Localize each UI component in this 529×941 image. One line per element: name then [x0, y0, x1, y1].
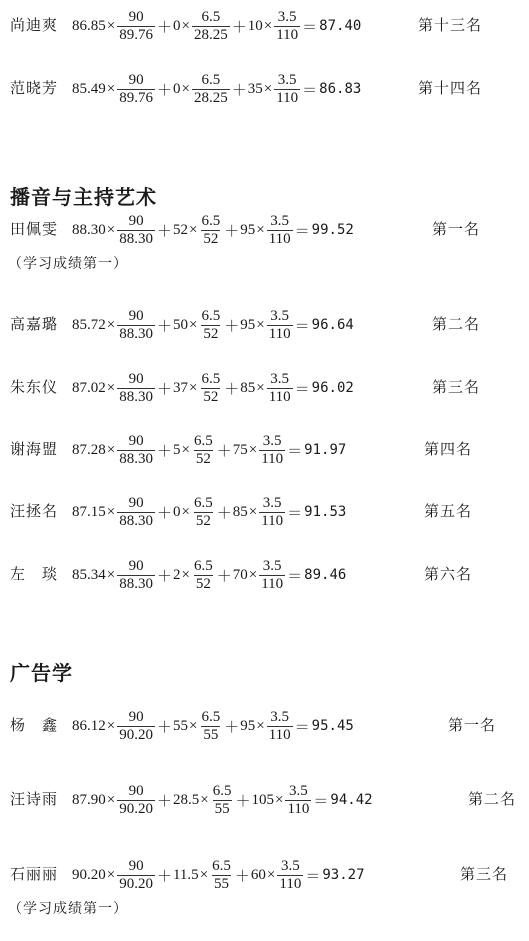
numerator: 3.5	[268, 709, 291, 726]
rank-label: 第三名	[432, 376, 480, 397]
times-sign: ×	[200, 867, 208, 884]
numerator: 6.5	[199, 709, 222, 726]
times-sign: ×	[249, 442, 257, 459]
equals-sign: ＝	[295, 378, 310, 399]
plus-sign: ＋	[232, 16, 247, 37]
fraction: 6.552	[192, 433, 215, 468]
times-sign: ×	[264, 18, 272, 35]
numerator: 6.5	[199, 72, 222, 89]
fraction: 3.5110	[267, 308, 293, 343]
fraction: 3.5110	[267, 709, 293, 744]
plus-sign: ＋	[232, 79, 247, 100]
score-row: 谢海盟 87.28× 9088.30 ＋5× 6.552 ＋75× 3.5110…	[0, 426, 529, 474]
equals-sign: ＝	[313, 790, 328, 811]
times-sign: ×	[256, 222, 264, 239]
activity-score: 52	[173, 222, 188, 239]
plus-sign: ＋	[157, 565, 172, 586]
score-formula: 85.34× 9088.30 ＋2× 6.552 ＋70× 3.5110 ＝89…	[72, 551, 346, 599]
total-score: 86.83	[319, 81, 361, 97]
score-formula: 86.12× 9090.20 ＋55× 6.555 ＋95× 3.5110 ＝9…	[72, 702, 354, 750]
equals-sign: ＝	[287, 440, 302, 461]
other-score: 95	[240, 718, 255, 735]
total-score: 91.53	[304, 504, 346, 520]
total-score: 96.02	[312, 380, 354, 396]
denominator: 110	[259, 450, 285, 468]
times-sign: ×	[189, 380, 197, 397]
numerator: 90	[127, 213, 146, 230]
score-formula: 87.15× 9088.30 ＋0× 6.552 ＋85× 3.5110 ＝91…	[72, 488, 346, 536]
denominator: 55	[213, 800, 232, 818]
activity-score: 0	[173, 18, 181, 35]
fraction: 6.552	[199, 308, 222, 343]
plus-sign: ＋	[157, 865, 172, 886]
plus-sign: ＋	[217, 565, 232, 586]
fraction: 9089.76	[117, 9, 155, 44]
academic-first-note: （学习成绩第一）	[8, 253, 128, 273]
times-sign: ×	[256, 380, 264, 397]
plus-sign: ＋	[217, 440, 232, 461]
denominator: 52	[194, 450, 213, 468]
student-name: 尚迪爽	[10, 14, 58, 35]
times-sign: ×	[107, 718, 115, 735]
denominator: 88.30	[117, 325, 155, 343]
rank-label: 第十三名	[418, 14, 482, 35]
score-formula: 87.28× 9088.30 ＋5× 6.552 ＋75× 3.5110 ＝91…	[72, 426, 346, 474]
numerator: 90	[127, 709, 146, 726]
numerator: 3.5	[261, 495, 284, 512]
times-sign: ×	[256, 317, 264, 334]
times-sign: ×	[181, 18, 189, 35]
other-score: 70	[233, 567, 248, 584]
plus-sign: ＋	[157, 716, 172, 737]
plus-sign: ＋	[157, 79, 172, 100]
academic-score: 87.28	[72, 442, 106, 459]
numerator: 3.5	[276, 72, 299, 89]
plus-sign: ＋	[157, 16, 172, 37]
plus-sign: ＋	[157, 315, 172, 336]
rank-label: 第五名	[424, 500, 472, 521]
fraction: 6.552	[192, 495, 215, 530]
times-sign: ×	[249, 504, 257, 521]
denominator: 110	[259, 575, 285, 593]
fraction: 6.528.25	[192, 9, 230, 44]
denominator: 52	[201, 230, 220, 248]
academic-score: 87.15	[72, 504, 106, 521]
rank-label: 第二名	[468, 788, 516, 809]
times-sign: ×	[107, 317, 115, 334]
academic-score: 86.85	[72, 18, 106, 35]
numerator: 6.5	[199, 371, 222, 388]
student-name: 汪诗雨	[10, 788, 58, 809]
equals-sign: ＝	[295, 220, 310, 241]
activity-score: 0	[173, 504, 181, 521]
student-name: 杨 鑫	[10, 714, 58, 735]
denominator: 52	[201, 388, 220, 406]
student-name: 田佩雯	[10, 218, 58, 239]
denominator: 88.30	[117, 388, 155, 406]
times-sign: ×	[267, 867, 275, 884]
fraction: 9088.30	[117, 308, 155, 343]
plus-sign: ＋	[157, 220, 172, 241]
times-sign: ×	[200, 792, 208, 809]
numerator: 3.5	[268, 213, 291, 230]
denominator: 52	[201, 325, 220, 343]
denominator: 88.30	[117, 512, 155, 530]
fraction: 3.5110	[285, 783, 311, 818]
total-score: 93.27	[322, 867, 364, 883]
fraction: 9090.20	[117, 709, 155, 744]
denominator: 90.20	[117, 800, 155, 818]
times-sign: ×	[107, 567, 115, 584]
plus-sign: ＋	[157, 378, 172, 399]
fraction: 3.5110	[259, 495, 285, 530]
score-row: 汪诗雨 87.90× 9090.20 ＋28.5× 6.555 ＋105× 3.…	[0, 776, 529, 824]
fraction: 3.5110	[267, 213, 293, 248]
fraction: 9089.76	[117, 72, 155, 107]
other-score: 85	[233, 504, 248, 521]
score-formula: 85.72× 9088.30 ＋50× 6.552 ＋95× 3.5110 ＝9…	[72, 301, 354, 349]
score-formula: 90.20× 9090.20 ＋11.5× 6.555 ＋60× 3.5110 …	[72, 851, 365, 899]
numerator: 6.5	[210, 858, 233, 875]
numerator: 3.5	[276, 9, 299, 26]
other-score: 95	[240, 317, 255, 334]
plus-sign: ＋	[157, 502, 172, 523]
times-sign: ×	[181, 81, 189, 98]
other-score: 35	[248, 81, 263, 98]
numerator: 3.5	[268, 371, 291, 388]
student-name: 高嘉璐	[10, 313, 58, 334]
total-score: 99.52	[312, 222, 354, 238]
numerator: 6.5	[192, 558, 215, 575]
times-sign: ×	[107, 222, 115, 239]
fraction: 6.555	[210, 858, 233, 893]
fraction: 6.552	[199, 213, 222, 248]
other-score: 10	[248, 18, 263, 35]
numerator: 6.5	[199, 213, 222, 230]
student-name: 朱东仪	[10, 376, 58, 397]
numerator: 3.5	[287, 783, 310, 800]
equals-sign: ＝	[302, 16, 317, 37]
academic-score: 90.20	[72, 867, 106, 884]
times-sign: ×	[107, 18, 115, 35]
times-sign: ×	[181, 504, 189, 521]
total-score: 96.64	[312, 317, 354, 333]
activity-score: 37	[173, 380, 188, 397]
numerator: 6.5	[192, 495, 215, 512]
numerator: 90	[127, 783, 146, 800]
times-sign: ×	[189, 718, 197, 735]
equals-sign: ＝	[305, 865, 320, 886]
plus-sign: ＋	[235, 790, 250, 811]
rank-label: 第二名	[432, 313, 480, 334]
activity-score: 5	[173, 442, 181, 459]
denominator: 52	[194, 575, 213, 593]
plus-sign: ＋	[224, 315, 239, 336]
numerator: 6.5	[199, 9, 222, 26]
fraction: 9088.30	[117, 495, 155, 530]
student-name: 石丽丽	[10, 863, 58, 884]
times-sign: ×	[189, 317, 197, 334]
score-row: 高嘉璐 85.72× 9088.30 ＋50× 6.552 ＋95× 3.511…	[0, 301, 529, 349]
numerator: 3.5	[261, 558, 284, 575]
times-sign: ×	[107, 442, 115, 459]
academic-score: 87.90	[72, 792, 106, 809]
other-score: 60	[251, 867, 266, 884]
plus-sign: ＋	[224, 716, 239, 737]
fraction: 3.5110	[274, 9, 300, 44]
fraction: 6.555	[211, 783, 234, 818]
numerator: 3.5	[279, 858, 302, 875]
activity-score: 28.5	[173, 792, 199, 809]
score-formula: 85.49× 9089.76 ＋0× 6.528.25 ＋35× 3.5110 …	[72, 65, 361, 113]
times-sign: ×	[107, 81, 115, 98]
score-formula: 88.30× 9088.30 ＋52× 6.552 ＋95× 3.5110 ＝9…	[72, 206, 354, 254]
other-score: 105	[251, 792, 274, 809]
denominator: 90.20	[117, 875, 155, 893]
total-score: 94.42	[330, 792, 372, 808]
denominator: 28.25	[192, 26, 230, 44]
times-sign: ×	[249, 567, 257, 584]
denominator: 88.30	[117, 575, 155, 593]
fraction: 9090.20	[117, 858, 155, 893]
denominator: 110	[267, 388, 293, 406]
plus-sign: ＋	[157, 440, 172, 461]
score-row: 左 琰 85.34× 9088.30 ＋2× 6.552 ＋70× 3.5110…	[0, 551, 529, 599]
times-sign: ×	[107, 380, 115, 397]
equals-sign: ＝	[295, 716, 310, 737]
score-formula: 87.90× 9090.20 ＋28.5× 6.555 ＋105× 3.5110…	[72, 776, 373, 824]
rank-label: 第十四名	[418, 77, 482, 98]
activity-score: 11.5	[173, 867, 199, 884]
times-sign: ×	[107, 792, 115, 809]
fraction: 6.528.25	[192, 72, 230, 107]
denominator: 55	[212, 875, 231, 893]
score-row: 杨 鑫 86.12× 9090.20 ＋55× 6.555 ＋95× 3.511…	[0, 702, 529, 750]
denominator: 110	[259, 512, 285, 530]
student-name: 范晓芳	[10, 77, 58, 98]
total-score: 91.97	[304, 442, 346, 458]
rank-label: 第一名	[448, 714, 496, 735]
fraction: 3.5110	[277, 858, 303, 893]
times-sign: ×	[264, 81, 272, 98]
fraction: 3.5110	[274, 72, 300, 107]
plus-sign: ＋	[157, 790, 172, 811]
denominator: 88.30	[117, 450, 155, 468]
times-sign: ×	[107, 504, 115, 521]
total-score: 87.40	[319, 18, 361, 34]
score-row: 田佩雯 88.30× 9088.30 ＋52× 6.552 ＋95× 3.511…	[0, 206, 529, 254]
score-row: 尚迪爽 86.85× 9089.76 ＋0× 6.528.25 ＋10× 3.5…	[0, 2, 529, 50]
numerator: 90	[127, 495, 146, 512]
fraction: 9088.30	[117, 558, 155, 593]
fraction: 6.555	[199, 709, 222, 744]
denominator: 28.25	[192, 89, 230, 107]
activity-score: 55	[173, 718, 188, 735]
equals-sign: ＝	[295, 315, 310, 336]
times-sign: ×	[181, 442, 189, 459]
numerator: 6.5	[211, 783, 234, 800]
denominator: 110	[277, 875, 303, 893]
student-name: 谢海盟	[10, 438, 58, 459]
denominator: 110	[267, 325, 293, 343]
numerator: 90	[127, 72, 146, 89]
fraction: 9088.30	[117, 433, 155, 468]
fraction: 9090.20	[117, 783, 155, 818]
academic-first-note: （学习成绩第一）	[8, 898, 128, 918]
total-score: 89.46	[304, 567, 346, 583]
numerator: 6.5	[192, 433, 215, 450]
activity-score: 2	[173, 567, 181, 584]
academic-score: 85.34	[72, 567, 106, 584]
other-score: 75	[233, 442, 248, 459]
denominator: 89.76	[117, 26, 155, 44]
numerator: 3.5	[261, 433, 284, 450]
plus-sign: ＋	[224, 378, 239, 399]
numerator: 90	[127, 308, 146, 325]
total-score: 95.45	[312, 718, 354, 734]
numerator: 90	[127, 371, 146, 388]
numerator: 6.5	[199, 308, 222, 325]
equals-sign: ＝	[287, 565, 302, 586]
denominator: 110	[267, 230, 293, 248]
denominator: 110	[274, 89, 300, 107]
fraction: 9088.30	[117, 213, 155, 248]
academic-score: 85.49	[72, 81, 106, 98]
plus-sign: ＋	[235, 865, 250, 886]
activity-score: 50	[173, 317, 188, 334]
academic-score: 85.72	[72, 317, 106, 334]
times-sign: ×	[181, 567, 189, 584]
plus-sign: ＋	[217, 502, 232, 523]
score-row: 范晓芳 85.49× 9089.76 ＋0× 6.528.25 ＋35× 3.5…	[0, 65, 529, 113]
other-score: 95	[240, 222, 255, 239]
times-sign: ×	[107, 867, 115, 884]
academic-score: 87.02	[72, 380, 106, 397]
equals-sign: ＝	[302, 79, 317, 100]
denominator: 110	[274, 26, 300, 44]
denominator: 90.20	[117, 726, 155, 744]
student-name: 左 琰	[10, 563, 58, 584]
equals-sign: ＝	[287, 502, 302, 523]
fraction: 3.5110	[259, 558, 285, 593]
times-sign: ×	[275, 792, 283, 809]
section-heading: 广告学	[10, 657, 73, 686]
fraction: 6.552	[199, 371, 222, 406]
numerator: 3.5	[268, 308, 291, 325]
rank-label: 第三名	[460, 863, 508, 884]
denominator: 88.30	[117, 230, 155, 248]
activity-score: 0	[173, 81, 181, 98]
numerator: 90	[127, 558, 146, 575]
fraction: 9088.30	[117, 371, 155, 406]
denominator: 52	[194, 512, 213, 530]
rank-label: 第一名	[432, 218, 480, 239]
rank-label: 第四名	[424, 438, 472, 459]
score-formula: 86.85× 9089.76 ＋0× 6.528.25 ＋10× 3.5110 …	[72, 2, 361, 50]
plus-sign: ＋	[224, 220, 239, 241]
score-row: 朱东仪 87.02× 9088.30 ＋37× 6.552 ＋85× 3.511…	[0, 364, 529, 412]
numerator: 90	[127, 9, 146, 26]
denominator: 55	[201, 726, 220, 744]
other-score: 85	[240, 380, 255, 397]
academic-score: 88.30	[72, 222, 106, 239]
rank-label: 第六名	[424, 563, 472, 584]
denominator: 110	[267, 726, 293, 744]
score-row: 石丽丽 90.20× 9090.20 ＋11.5× 6.555 ＋60× 3.5…	[0, 851, 529, 899]
fraction: 6.552	[192, 558, 215, 593]
fraction: 3.5110	[267, 371, 293, 406]
denominator: 89.76	[117, 89, 155, 107]
numerator: 90	[127, 858, 146, 875]
numerator: 90	[127, 433, 146, 450]
denominator: 110	[285, 800, 311, 818]
score-row: 汪拯名 87.15× 9088.30 ＋0× 6.552 ＋85× 3.5110…	[0, 488, 529, 536]
academic-score: 86.12	[72, 718, 106, 735]
times-sign: ×	[189, 222, 197, 239]
student-name: 汪拯名	[10, 500, 58, 521]
times-sign: ×	[256, 718, 264, 735]
score-formula: 87.02× 9088.30 ＋37× 6.552 ＋85× 3.5110 ＝9…	[72, 364, 354, 412]
fraction: 3.5110	[259, 433, 285, 468]
